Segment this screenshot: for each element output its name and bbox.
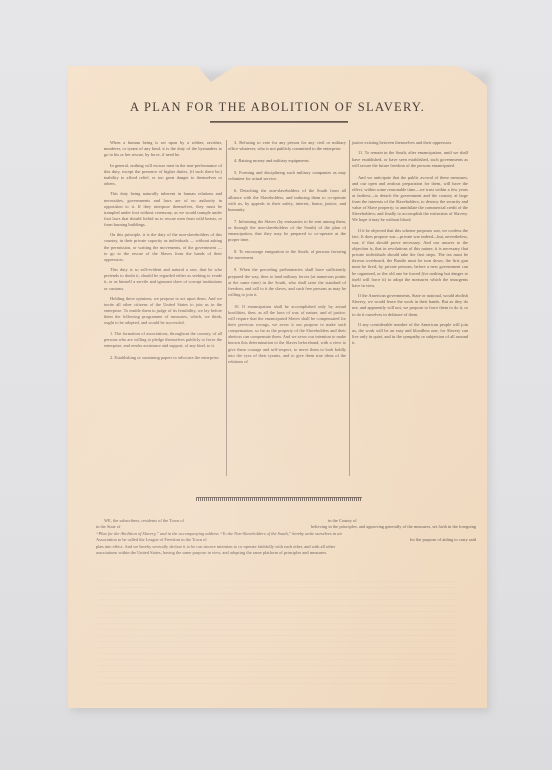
numbered-measure: 6. Detaching the non-slaveholders of the… [228, 188, 346, 212]
paragraph: In general, nothing will excuse men in t… [104, 163, 222, 187]
pledge-text: WE, the subscribers, residents of the To… [96, 518, 184, 523]
pledge-text: Association to be called the League of F… [96, 537, 207, 542]
document-page: A PLAN FOR THE ABOLITION OF SLAVERY. Whe… [68, 66, 487, 708]
numbered-measure: 2. Establishing or sustaining papers to … [104, 355, 222, 361]
paragraph: If it be objected that this scheme propo… [352, 228, 468, 289]
pledge-section: WE, the subscribers, residents of the To… [96, 518, 476, 556]
numbered-measure: 7. Informing the Slaves (by emissaries t… [228, 219, 346, 243]
paragraph: If any considerable number of the Americ… [352, 322, 468, 346]
paragraph: When a human being is set upon by a robb… [104, 140, 222, 158]
numbered-measure: 11. To remain in the South, after emanci… [352, 150, 468, 168]
numbered-measure: 3. Refusing to vote for any person for a… [228, 140, 346, 152]
paragraph: And we anticipate that the public avowal… [352, 175, 468, 224]
wavy-separator-rule [196, 497, 362, 501]
paragraph: This duty being naturally inherent in hu… [104, 191, 222, 228]
document-title: A PLAN FOR THE ABOLITION OF SLAVERY. [68, 100, 487, 115]
paragraph: Holding these opinions, we propose to ac… [104, 296, 222, 326]
paragraph: This duty is so self-evident and natural… [104, 267, 222, 291]
pledge-text: in the State of [96, 524, 121, 529]
numbered-measure: 8. To encourage emigration to the South,… [228, 249, 346, 261]
column-divider [349, 140, 350, 476]
numbered-measure: 9. When the preceding preliminaries shal… [228, 267, 346, 297]
show-through-text [98, 581, 457, 686]
paragraph: justice existing between themselves and … [352, 140, 468, 146]
numbered-measure: 10. If emancipation shall be accomplishe… [228, 304, 346, 365]
column-2: 3. Refusing to vote for any person for a… [228, 140, 346, 371]
numbered-measure: 4. Raising money and military equipments… [228, 158, 346, 164]
pledge-line: associations within the United States, h… [96, 550, 476, 556]
column-divider [226, 140, 227, 476]
column-1: When a human being is set upon by a robb… [104, 140, 222, 367]
paragraph: On this principle, it is the duty of the… [104, 232, 222, 262]
paragraph: If the American governments, State or na… [352, 293, 468, 317]
numbered-measure: 5. Forming and disciplining such militar… [228, 170, 346, 182]
column-3: justice existing between themselves and … [352, 140, 468, 351]
numbered-measure: 1. The formation of associations, throug… [104, 331, 222, 349]
title-rule [210, 121, 348, 123]
